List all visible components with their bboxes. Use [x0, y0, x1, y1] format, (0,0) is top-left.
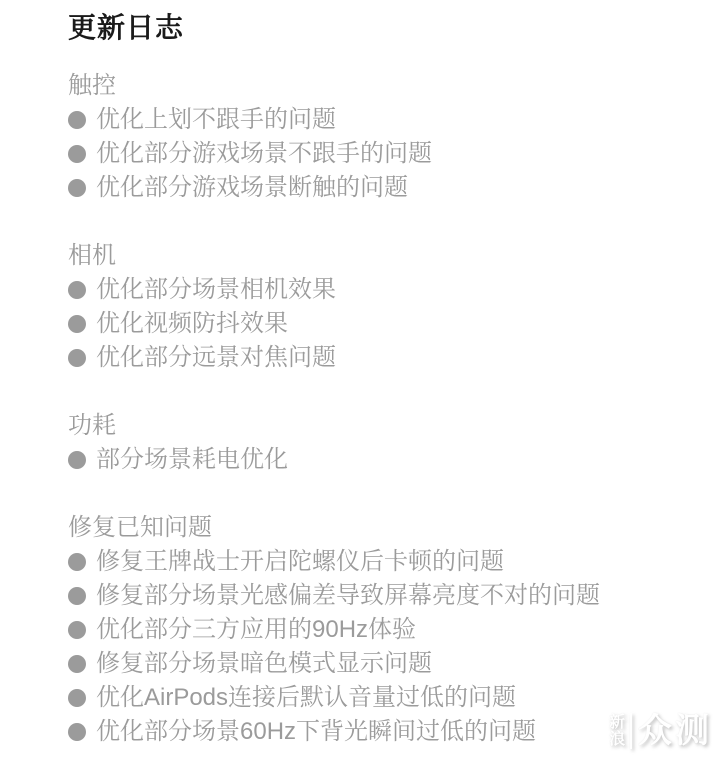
- changelog-item: 优化视频防抖效果: [68, 307, 720, 341]
- bullet-icon: [68, 349, 86, 367]
- changelog-item-text: 优化部分场景60Hz下背光瞬间过低的问题: [96, 715, 536, 749]
- section-items: 优化上划不跟手的问题 优化部分游戏场景不跟手的问题 优化部分游戏场景断触的问题: [68, 103, 720, 205]
- changelog-item: 优化部分远景对焦问题: [68, 341, 720, 375]
- changelog-page: 更新日志 触控 优化上划不跟手的问题 优化部分游戏场景不跟手的问题 优化部分游戏…: [0, 0, 720, 749]
- bullet-icon: [68, 655, 86, 673]
- changelog-section: 相机 优化部分场景相机效果 优化视频防抖效果 优化部分远景对焦问题: [68, 239, 720, 375]
- changelog-item: 部分场景耗电优化: [68, 443, 720, 477]
- section-header: 相机: [68, 239, 720, 273]
- watermark-brand-main: 众测: [638, 712, 712, 750]
- watermark-char-lang: 浪: [609, 731, 625, 748]
- changelog-item-text: 优化部分远景对焦问题: [96, 341, 336, 375]
- changelog-item-text: 修复王牌战士开启陀螺仪后卡顿的问题: [96, 545, 504, 579]
- watermark-char-xin: 新: [609, 714, 625, 731]
- bullet-icon: [68, 587, 86, 605]
- changelog-item: 优化部分三方应用的90Hz体验: [68, 613, 720, 647]
- watermark-divider: [630, 713, 632, 749]
- changelog-item: 优化部分游戏场景不跟手的问题: [68, 137, 720, 171]
- section-items: 部分场景耗电优化: [68, 443, 720, 477]
- bullet-icon: [68, 145, 86, 163]
- bullet-icon: [68, 281, 86, 299]
- changelog-item: 修复王牌战士开启陀螺仪后卡顿的问题: [68, 545, 720, 579]
- changelog-item-text: 优化部分游戏场景断触的问题: [96, 171, 408, 205]
- bullet-icon: [68, 723, 86, 741]
- bullet-icon: [68, 553, 86, 571]
- changelog-item: 优化部分游戏场景断触的问题: [68, 171, 720, 205]
- changelog-item-text: 优化部分游戏场景不跟手的问题: [96, 137, 432, 171]
- bullet-icon: [68, 315, 86, 333]
- sina-zhongce-watermark: 新 浪 众测: [609, 712, 712, 750]
- changelog-item-text: 修复部分场景暗色模式显示问题: [96, 647, 432, 681]
- bullet-icon: [68, 451, 86, 469]
- changelog-item-text: 优化AirPods连接后默认音量过低的问题: [96, 681, 516, 715]
- changelog-section: 功耗 部分场景耗电优化: [68, 409, 720, 477]
- changelog-item-text: 优化视频防抖效果: [96, 307, 288, 341]
- section-header: 功耗: [68, 409, 720, 443]
- bullet-icon: [68, 689, 86, 707]
- changelog-section: 触控 优化上划不跟手的问题 优化部分游戏场景不跟手的问题 优化部分游戏场景断触的…: [68, 69, 720, 205]
- page-title: 更新日志: [68, 10, 720, 46]
- changelog-item-text: 优化部分场景相机效果: [96, 273, 336, 307]
- changelog-item: 修复部分场景光感偏差导致屏幕亮度不对的问题: [68, 579, 720, 613]
- section-header: 触控: [68, 69, 720, 103]
- changelog-item: 修复部分场景暗色模式显示问题: [68, 647, 720, 681]
- changelog-item-text: 优化上划不跟手的问题: [96, 103, 336, 137]
- bullet-icon: [68, 621, 86, 639]
- changelog-item-text: 修复部分场景光感偏差导致屏幕亮度不对的问题: [96, 579, 600, 613]
- changelog-item-text: 部分场景耗电优化: [96, 443, 288, 477]
- changelog-item: 优化AirPods连接后默认音量过低的问题: [68, 681, 720, 715]
- bullet-icon: [68, 111, 86, 129]
- changelog-sections: 触控 优化上划不跟手的问题 优化部分游戏场景不跟手的问题 优化部分游戏场景断触的…: [68, 69, 720, 749]
- section-items: 优化部分场景相机效果 优化视频防抖效果 优化部分远景对焦问题: [68, 273, 720, 375]
- section-header: 修复已知问题: [68, 511, 720, 545]
- changelog-item: 优化部分场景相机效果: [68, 273, 720, 307]
- watermark-brand-vertical: 新 浪: [609, 714, 625, 748]
- changelog-item: 优化上划不跟手的问题: [68, 103, 720, 137]
- bullet-icon: [68, 179, 86, 197]
- changelog-item-text: 优化部分三方应用的90Hz体验: [96, 613, 416, 647]
